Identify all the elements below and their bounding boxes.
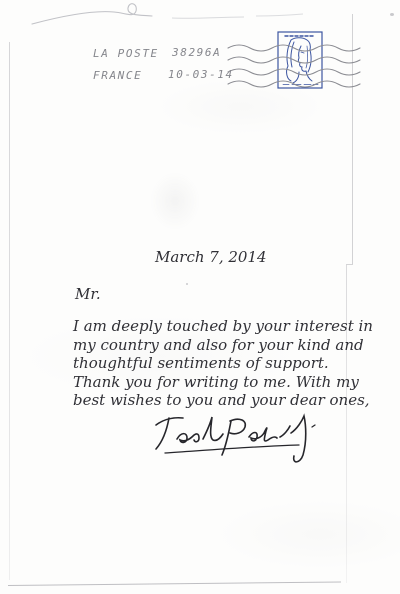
scanned-letter: LA POSTE 38296A FRANCE 10-03-14 (0, 0, 400, 594)
paper-bottom-edge (8, 582, 341, 586)
signature (150, 412, 328, 470)
postmark-country: FRANCE (93, 69, 142, 82)
letter-body-line: Thank you for writing to me. With my (73, 373, 363, 392)
letter-body: I am deeply touched by your interest in … (73, 317, 363, 410)
letter-body-line: I am deeply touched by your interest in (73, 317, 363, 336)
paper-fold-jog (346, 264, 353, 265)
letter-body-line: thoughtful sentiments of support. (73, 354, 363, 373)
letter-body-line: my country and also for your kind and (73, 336, 363, 355)
cancellation-waves (226, 40, 362, 92)
scan-speck (390, 13, 394, 16)
pen-squiggle-artifact (20, 0, 320, 32)
postmark-code: 38296A (172, 46, 221, 59)
marianne-stamp-icon (277, 31, 323, 89)
postmark-date: 10-03-14 (168, 68, 234, 81)
letter-date: March 7, 2014 (155, 248, 267, 266)
letter-body-line: best wishes to you and your dear ones, (73, 391, 363, 410)
scan-speck (186, 283, 188, 285)
paper-fold-line-left (9, 42, 10, 580)
letter-salutation: Mr. (75, 285, 101, 303)
paper-fold-line-right-lower (346, 265, 347, 583)
paper-fold-line-right (352, 14, 353, 264)
ink-show-through (150, 172, 200, 230)
postmark-office: LA POSTE (93, 47, 159, 60)
